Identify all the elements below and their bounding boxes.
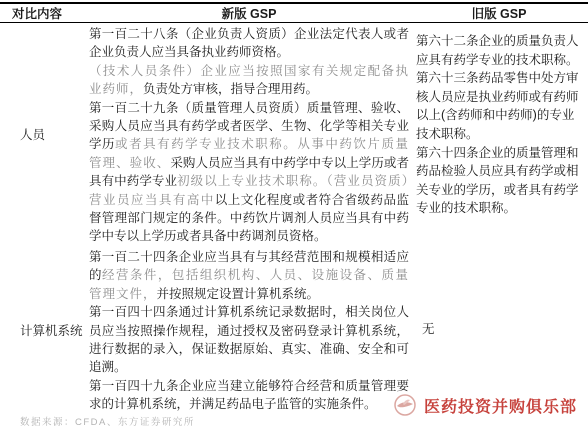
table-row-personnel: 人员 第一百二十八条（企业负责人资质）企业法定代表人或者企业负责人应当具备执业药… xyxy=(0,23,588,246)
table-row-computer-system: 计算机系统 第一百二十四条企业应当具有与其经营范围和规模相适应的经营条件，包括组… xyxy=(0,246,588,414)
regulation-paragraph: 第六十三条药品零售中处方审核人员应是执业药师或有药师以上(含药师和中药师)的专业… xyxy=(416,69,582,143)
dove-circle-logo-icon xyxy=(393,393,417,417)
regulation-text: 负责处方审核，指导合理用药。 xyxy=(143,82,318,96)
cell-old-gsp-computer-system: 无 xyxy=(410,246,588,414)
header-new-gsp: 新版 GSP xyxy=(88,4,410,22)
watermark-text: 医药投资并购俱乐部 xyxy=(424,394,577,417)
header-old-gsp: 旧版 GSP xyxy=(410,4,588,22)
table-header-row: 对比内容 新版 GSP 旧版 GSP xyxy=(0,2,588,23)
cell-new-gsp-computer-system: 第一百二十四条企业应当具有与其经营范围和规模相适应的经营条件，包括组织机构、人员… xyxy=(88,246,410,414)
regulation-text: 并按照规定设置计算机系统。 xyxy=(157,287,320,301)
watermark: 医药投资并购俱乐部 xyxy=(393,392,577,418)
cell-old-gsp-personnel: 第六十二条企业的质量负责人应具有药学专业的技术职称。第六十三条药品零售中处方审核… xyxy=(410,23,588,246)
regulation-text: 第一百四十四条通过计算机系统记录数据时，相关岗位人员应当按照操作规程，通过授权及… xyxy=(89,305,409,374)
data-source-note: 数据来源：CFDA、东方证券研究所 xyxy=(20,414,195,428)
regulation-paragraph: 第六十二条企业的质量负责人应具有药学专业的技术职称。 xyxy=(416,32,582,69)
regulation-paragraph: 第六十四条企业的质量管理和药品检验人员应具有药学或相关专业的学历，或者具有药学专… xyxy=(416,144,582,218)
gsp-comparison-table-screenshot: 对比内容 新版 GSP 旧版 GSP 人员 第一百二十八条（企业负责人资质）企业… xyxy=(0,0,588,429)
header-compare-content: 对比内容 xyxy=(0,4,88,22)
regulation-paragraph: （技术人员条件）企业应当按照国家有关规定配备执业药师，负责处方审核，指导合理用药… xyxy=(89,62,409,99)
comparison-table: 对比内容 新版 GSP 旧版 GSP 人员 第一百二十八条（企业负责人资质）企业… xyxy=(0,2,588,414)
regulation-text: 第一百二十八条（企业负责人资质）企业法定代表人或者企业负责人应当具备执业药师资格… xyxy=(89,27,409,59)
regulation-paragraph: 第一百四十四条通过计算机系统记录数据时，相关岗位人员应当按照操作规程，通过授权及… xyxy=(89,303,409,377)
regulation-paragraph: 第一百二十四条企业应当具有与其经营范围和规模相适应的经营条件，包括组织机构、人员… xyxy=(89,248,409,303)
regulation-paragraph: 第一百二十九条（质量管理人员资质）质量管理、验收、采购人员应当具有药学或者医学、… xyxy=(89,99,409,246)
regulation-paragraph: 第一百四十九条企业应当建立能够符合经营和质量管理要求的计算机系统，并满足药品电子… xyxy=(89,377,409,414)
row-label-personnel: 人员 xyxy=(0,23,88,246)
cell-new-gsp-personnel: 第一百二十八条（企业负责人资质）企业法定代表人或者企业负责人应当具备执业药师资格… xyxy=(88,23,410,246)
regulation-text: 第一百四十九条企业应当建立能够符合经营和质量管理要求的计算机系统，并满足药品电子… xyxy=(89,379,409,411)
regulation-paragraph: 无 xyxy=(422,320,435,339)
regulation-paragraph: 第一百二十八条（企业负责人资质）企业法定代表人或者企业负责人应当具备执业药师资格… xyxy=(89,25,409,62)
row-label-computer-system: 计算机系统 xyxy=(0,246,88,414)
